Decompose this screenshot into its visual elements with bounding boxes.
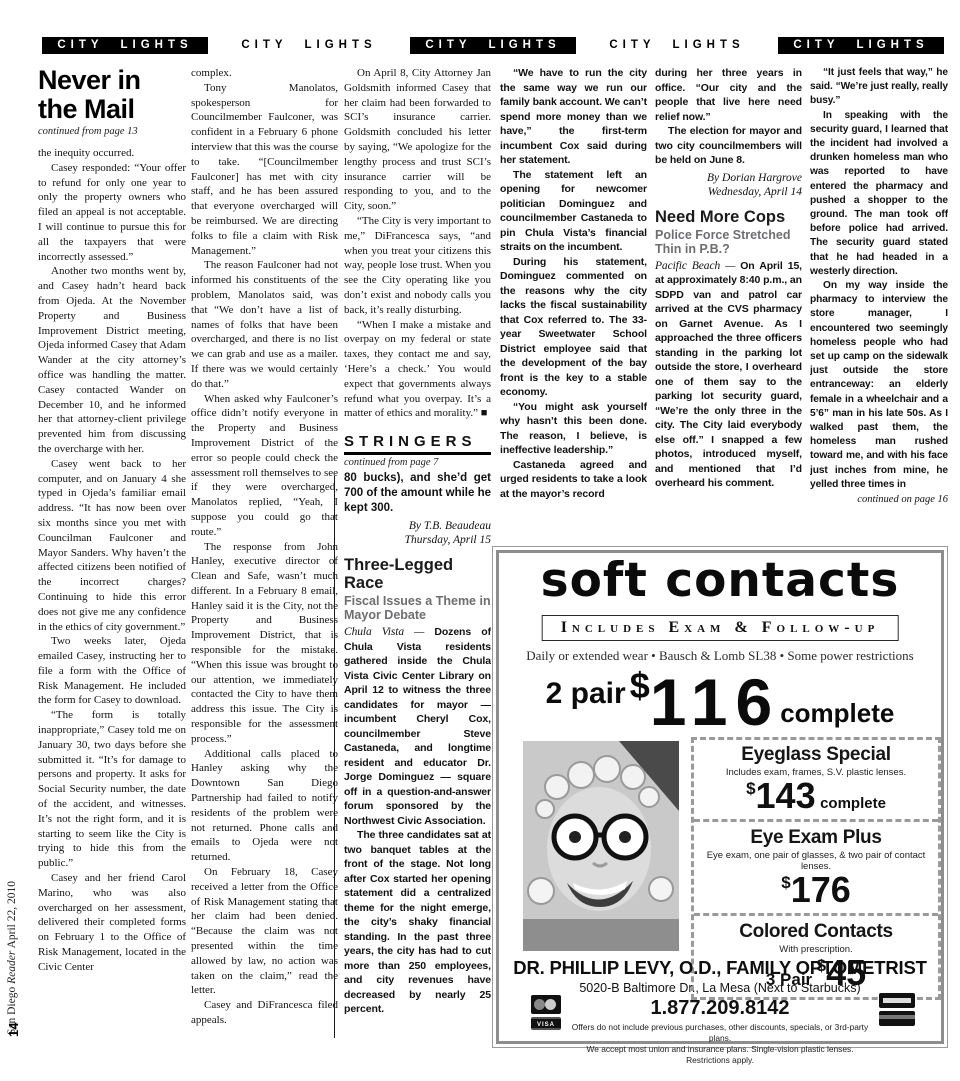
- ad-fine-print: Offers do not include previous purchases…: [569, 1022, 871, 1066]
- continued-from-note: continued from page 13: [38, 126, 186, 137]
- page-number: 14: [6, 1007, 22, 1037]
- coupon-title: Eye Exam Plus: [700, 827, 932, 849]
- coupon-eyeglass-special: Eyeglass Special Includes exam, frames, …: [700, 744, 932, 814]
- mastercard-visa-icons: VISA: [531, 995, 561, 1030]
- column-4: “We have to run the city the same way we…: [500, 66, 647, 532]
- story-body: The three candidates sat at two banquet …: [344, 828, 491, 1017]
- coupon-price: $143 complete: [700, 778, 932, 814]
- discover-card-icons: [879, 993, 915, 1026]
- coupon-title: Colored Contacts: [700, 921, 932, 943]
- ad-doctor-name: DR. PHILLIP LEVY, O.D., FAMILY OPTOMETRI…: [499, 957, 941, 979]
- byline-date: Wednesday, April 14: [655, 185, 802, 199]
- city-lights-banner-row: CITY LIGHTS CITY LIGHTS CITY LIGHTS CITY…: [42, 37, 944, 54]
- discover-icon: [879, 993, 915, 1008]
- paragraph: The election for mayor and two city coun…: [655, 124, 802, 168]
- ad-main-price: 2 pair $ 116 complete: [499, 665, 941, 733]
- paragraph: On February 18, Casey received a letter …: [191, 865, 338, 998]
- coupon-divider: [694, 913, 938, 916]
- paragraph: “The City is very important to me,” DiFr…: [344, 214, 491, 318]
- story-body: complex.Tony Manolatos, spokesperson for…: [191, 66, 338, 1028]
- column-2: complex.Tony Manolatos, spokesperson for…: [191, 66, 338, 1062]
- city-lights-banner: CITY LIGHTS: [42, 37, 208, 54]
- coupon-desc: With prescription.: [700, 944, 932, 955]
- byline-date: Thursday, April 15: [344, 533, 491, 547]
- ad-includes-banner: Includes Exam & Follow-up: [542, 615, 899, 641]
- city-lights-banner: CITY LIGHTS: [410, 37, 576, 54]
- column-divider-rule: [334, 476, 335, 1038]
- story-body: the inequity occurred.Casey responded: “…: [38, 146, 186, 975]
- story-subtitle: Fiscal Issues a Theme in Mayor Debate: [344, 594, 491, 622]
- dollar-sign: $: [781, 873, 790, 892]
- paragraph: Casey and her friend Carol Marino, who w…: [38, 871, 186, 975]
- paragraph: When asked why Faulconer’s office didn’t…: [191, 392, 338, 540]
- coupon-price: $176: [700, 872, 932, 908]
- story-body: “It just feels that way,” he said. “We’r…: [810, 66, 948, 492]
- column-5: during her three years in office. “Our c…: [655, 66, 802, 536]
- paragraph: Additional calls placed to Hanley asking…: [191, 747, 338, 865]
- paragraph: “You might ask yourself why hasn’t this …: [500, 400, 647, 458]
- story-body: On April 8, City Attorney Jan Goldsmith …: [344, 66, 491, 421]
- price-prefix: 2 pair: [546, 677, 626, 711]
- ad-photo-elderly-woman: [523, 741, 679, 951]
- byline-author: By T.B. Beaudeau: [344, 519, 491, 533]
- paragraph: On April 8, City Attorney Jan Goldsmith …: [344, 66, 491, 214]
- paragraph: Another two months went by, and Casey ha…: [38, 264, 186, 456]
- paragraph: Tony Manolatos, spokesperson for Council…: [191, 81, 338, 259]
- optometrist-ad: soft contacts Includes Exam & Follow-up …: [492, 546, 948, 1048]
- paragraph: Casey responded: “Your offer to refund f…: [38, 161, 186, 265]
- paragraph: Casey and DiFrancesca filed appeals.: [191, 998, 338, 1028]
- dollar-sign: $: [746, 779, 755, 798]
- paragraph: “It just feels that way,” he said. “We’r…: [810, 66, 948, 109]
- city-lights-banner: CITY LIGHTS: [594, 37, 760, 54]
- dateline: Pacific Beach —: [655, 260, 740, 272]
- story-body: during her three years in office. “Our c…: [655, 66, 802, 168]
- ad-title: soft contacts: [499, 553, 941, 608]
- city-lights-banner: CITY LIGHTS: [778, 37, 944, 54]
- story-title-never-in-the-mail: Never in the Mail: [38, 66, 186, 124]
- continued-from-note: continued from page 7: [344, 457, 491, 468]
- story-title-need-more-cops: Need More Cops: [655, 208, 802, 226]
- column-1: Never in the Mail continued from page 13…: [38, 62, 186, 1062]
- price-suffix: complete: [780, 698, 894, 729]
- column-3: On April 8, City Attorney Jan Goldsmith …: [344, 66, 491, 1066]
- paragraph: during her three years in office. “Our c…: [655, 66, 802, 124]
- byline: By Dorian Hargrove Wednesday, April 14: [655, 171, 802, 199]
- story-lead: Pacific Beach — On April 15, at approxim…: [655, 259, 802, 491]
- edition-strip: San Diego Reader April 22, 2010: [6, 753, 22, 1035]
- visa-icon: VISA: [531, 1017, 561, 1030]
- paragraph: “The form is totally inappropriate,” Cas…: [38, 708, 186, 871]
- paragraph: The reason Faulconer had not informed hi…: [191, 258, 338, 391]
- mastercard-icon: [531, 995, 561, 1014]
- paragraph: the inequity occurred.: [38, 146, 186, 161]
- byline-author: By Dorian Hargrove: [655, 171, 802, 185]
- edition-date: April 22, 2010: [6, 881, 18, 951]
- paragraph: Two weeks later, Ojeda emailed Casey, in…: [38, 634, 186, 708]
- paragraph: On my way inside the pharmacy to intervi…: [810, 279, 948, 492]
- city-lights-banner: CITY LIGHTS: [226, 37, 392, 54]
- paragraph: In speaking with the security guard, I l…: [810, 109, 948, 279]
- paragraph: The response from John Hanley, executive…: [191, 540, 338, 747]
- story-lead: Chula Vista — Dozens of Chula Vista resi…: [344, 625, 491, 828]
- column-6: “It just feels that way,” he said. “We’r…: [810, 66, 948, 538]
- coupon-title: Eyeglass Special: [700, 744, 932, 766]
- paragraph: During his statement, Dominguez commente…: [500, 255, 647, 400]
- ad-details-line: Daily or extended wear • Bausch & Lomb S…: [499, 648, 941, 664]
- newspaper-page: San Diego Reader April 22, 2010 14 CITY …: [0, 0, 960, 1081]
- stringers-lead: 80 bucks), and she’d get 700 of the amou…: [344, 471, 491, 516]
- ad-address: 5020-B Baltimore Dr., La Mesa (Next to S…: [499, 981, 941, 995]
- ad-phone-number: 1.877.209.8142: [499, 997, 941, 1020]
- dollar-sign: $: [630, 665, 650, 707]
- paragraph: Casey went back to her computer, and on …: [38, 457, 186, 635]
- coupon-desc: Includes exam, frames, S.V. plastic lens…: [700, 767, 932, 778]
- paragraph: complex.: [191, 66, 338, 81]
- credit-card-icon: [879, 1011, 915, 1026]
- publication-name-italic: Reader: [6, 951, 18, 984]
- dateline: Chula Vista —: [344, 626, 434, 638]
- paragraph: The statement left an opening for newcom…: [500, 168, 647, 255]
- byline: By T.B. Beaudeau Thursday, April 15: [344, 519, 491, 547]
- paragraph: Castaneda agreed and urged residents to …: [500, 458, 647, 502]
- paragraph: The three candidates sat at two banquet …: [344, 828, 491, 1017]
- continued-on-note: continued on page 16: [810, 494, 948, 505]
- price-amount: 116: [650, 671, 780, 733]
- coupon-divider: [694, 819, 938, 822]
- story-subtitle: Police Force Stretched Thin in P.B.?: [655, 228, 802, 256]
- stringers-section-header: STRINGERS: [344, 433, 491, 455]
- paragraph: “We have to run the city the same way we…: [500, 66, 647, 168]
- story-title-three-legged-race: Three-Legged Race: [344, 556, 491, 592]
- paragraph: “When I make a mistake and overpay on my…: [344, 318, 491, 422]
- coupon-eye-exam-plus: Eye Exam Plus Eye exam, one pair of glas…: [700, 827, 932, 908]
